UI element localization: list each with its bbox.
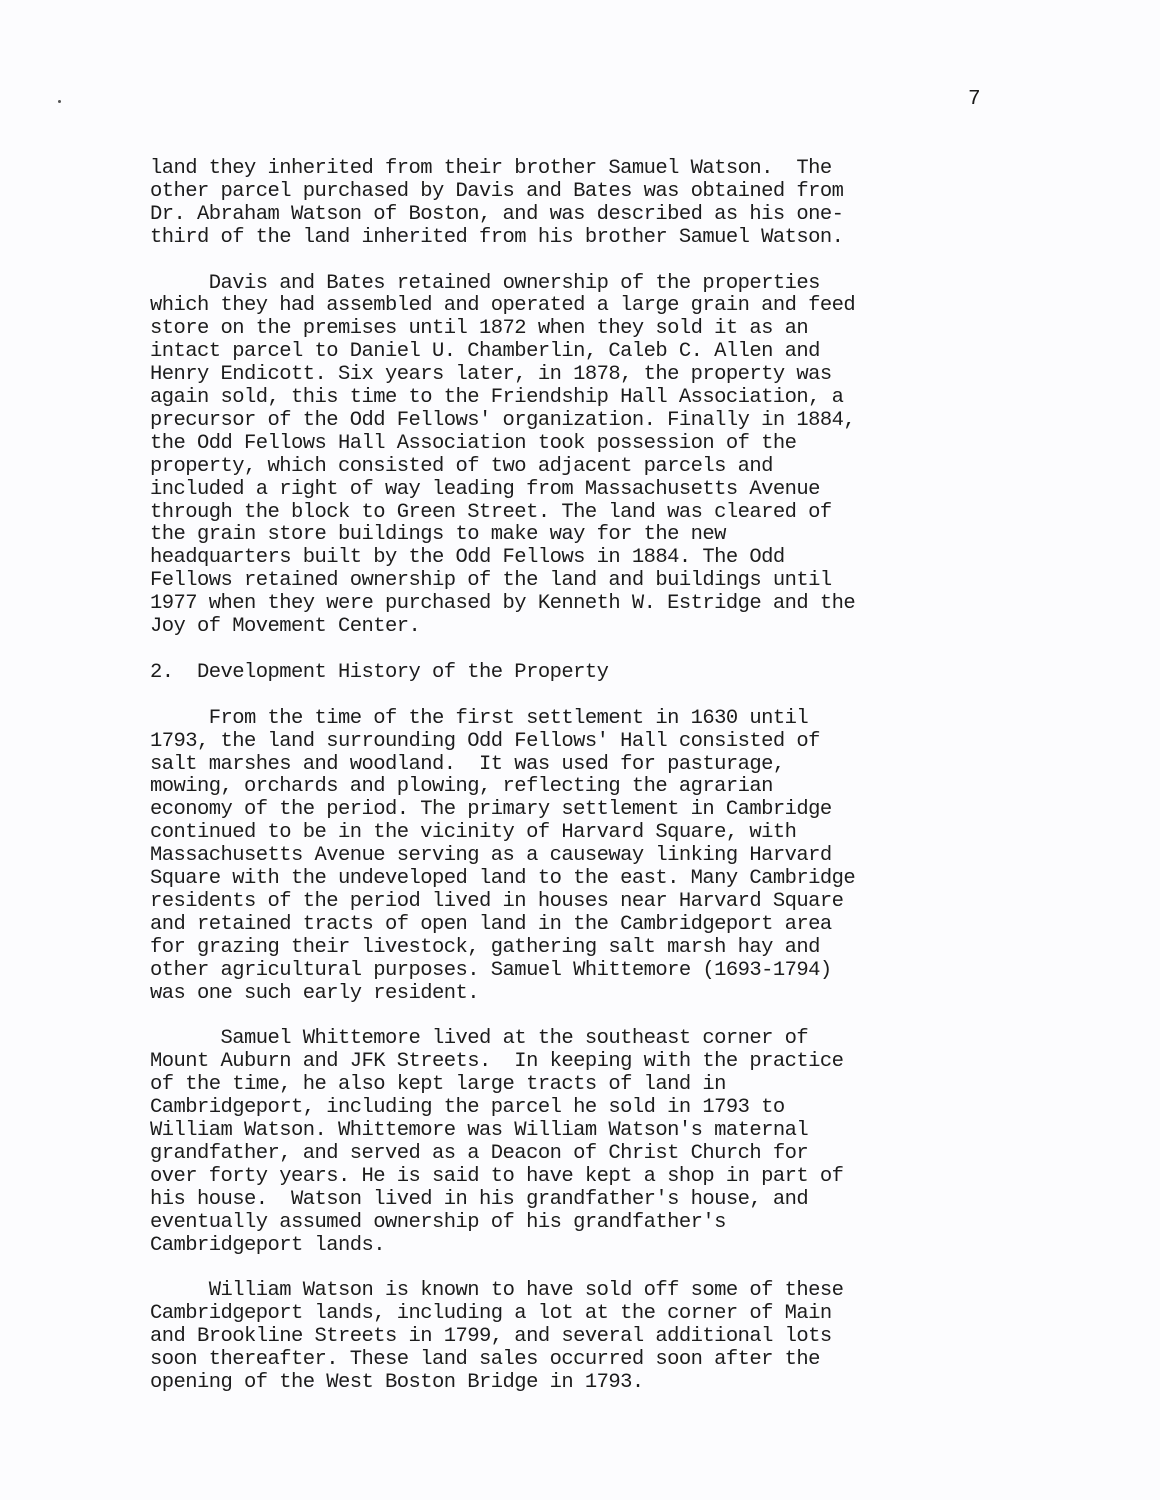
paragraph-ownership-history: Davis and Bates retained ownership of th… xyxy=(150,273,1010,640)
document-body: land they inherited from their brother S… xyxy=(150,158,1010,1418)
paragraph-watson-parcels: land they inherited from their brother S… xyxy=(150,158,1010,250)
page-number: 7 xyxy=(968,88,981,111)
paragraph-early-settlement: From the time of the first settlement in… xyxy=(150,708,1010,1006)
paragraph-watson-land-sales: William Watson is known to have sold off… xyxy=(150,1280,1010,1395)
document-page: 7 land they inherited from their brother… xyxy=(0,0,1160,1500)
paragraph-whittemore: Samuel Whittemore lived at the southeast… xyxy=(150,1028,1010,1257)
scan-speck xyxy=(58,100,61,103)
section-heading: 2. Development History of the Property xyxy=(150,662,1010,685)
